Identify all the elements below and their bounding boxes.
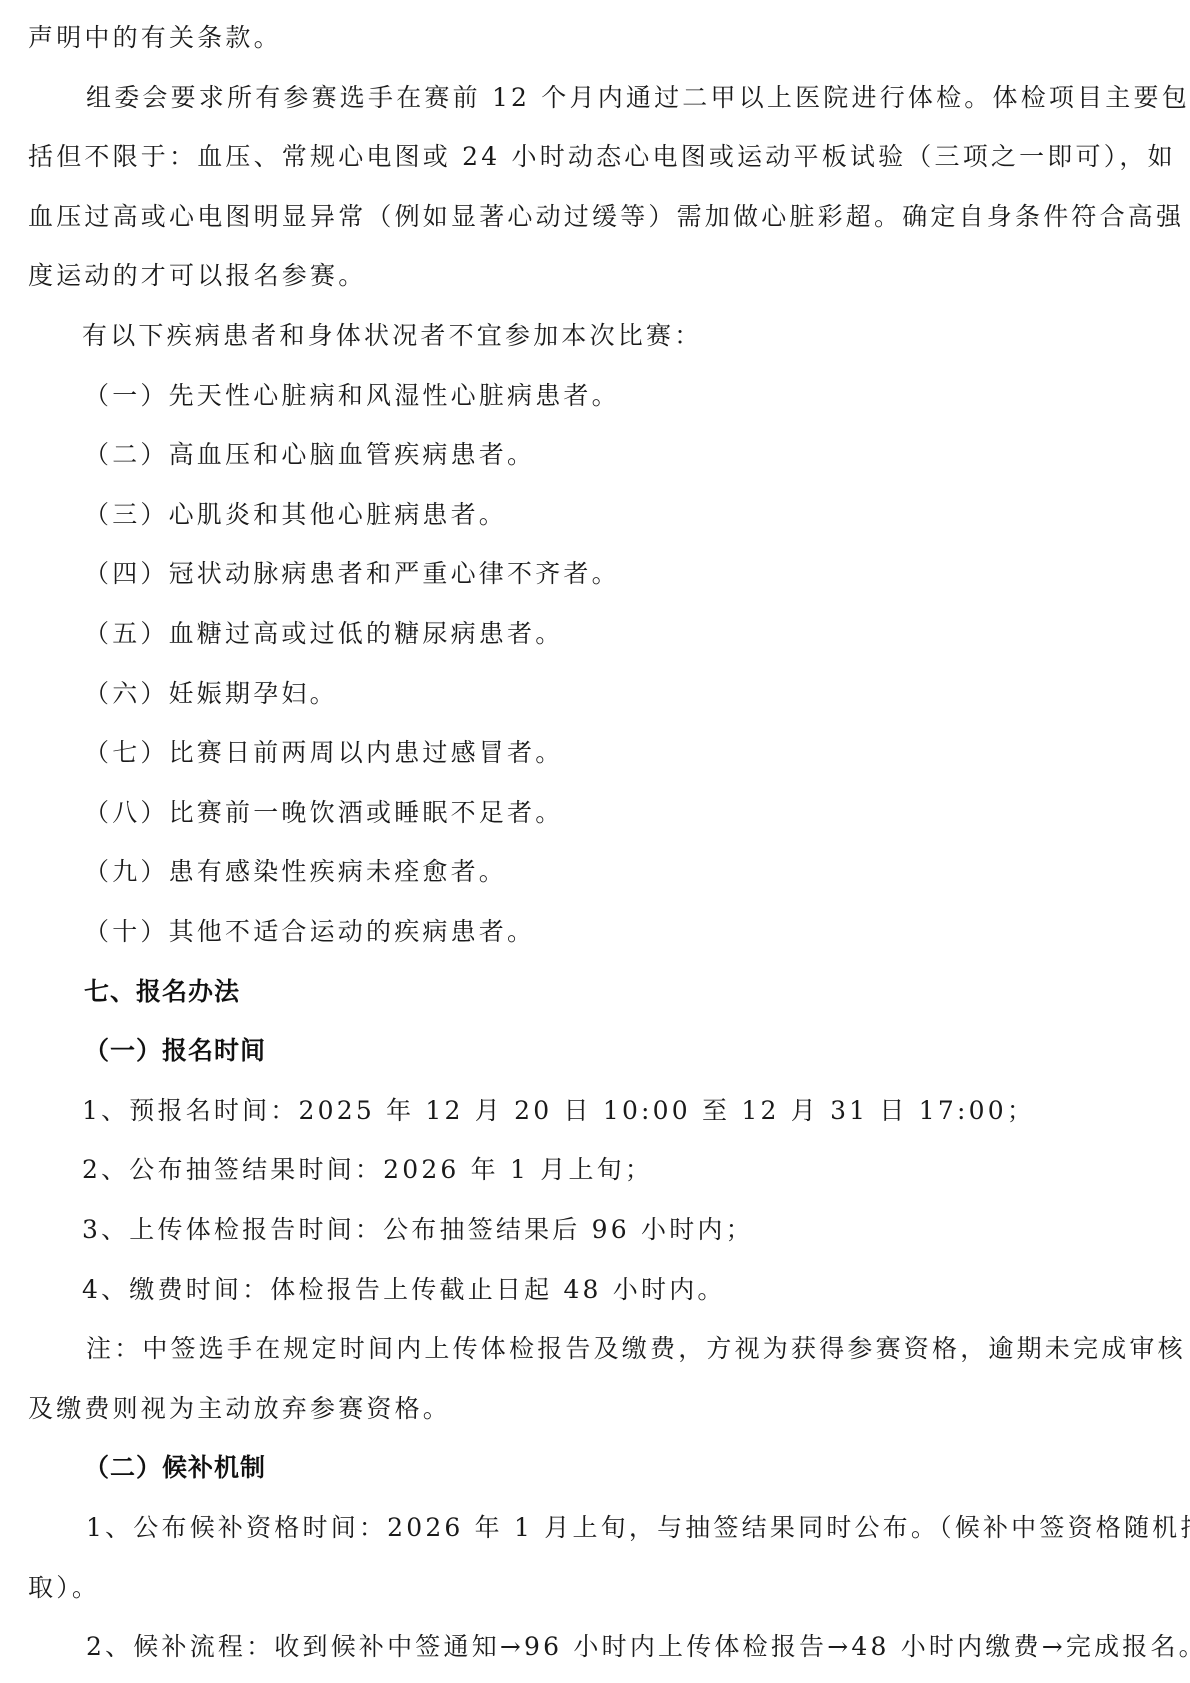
paragraph-line: 有以下疾病患者和身体状况者不宜参加本次比赛： xyxy=(82,306,702,366)
list-item: （二）高血压和心脑血管疾病患者。 xyxy=(84,425,535,485)
list-item: （四）冠状动脉病患者和严重心律不齐者。 xyxy=(84,544,620,604)
paragraph-line: 括但不限于：血压、常规心电图或 24 小时动态心电图或运动平板试验（三项之一即可… xyxy=(28,127,1162,187)
paragraph-line: 度运动的才可以报名参赛。 xyxy=(28,246,366,306)
list-item: （五）血糖过高或过低的糖尿病患者。 xyxy=(84,604,563,664)
paragraph-line: 1、预报名时间：2025 年 12 月 20 日 10:00 至 12 月 31… xyxy=(82,1081,1035,1141)
paragraph-line: 2、候补流程：收到候补中签通知→96 小时内上传体检报告→48 小时内缴费→完成… xyxy=(86,1617,1162,1677)
paragraph-line: 声明中的有关条款。 xyxy=(28,8,282,68)
list-item: （十）其他不适合运动的疾病患者。 xyxy=(84,902,535,962)
paragraph-line: 取）。 xyxy=(28,1558,100,1618)
paragraph-line: 1、公布候补资格时间：2026 年 1 月上旬，与抽签结果同时公布。（候补中签资… xyxy=(86,1498,1162,1558)
section-heading: 七、报名办法 xyxy=(84,962,240,1022)
list-item: （七）比赛日前两周以内患过感冒者。 xyxy=(84,723,563,783)
list-item: （八）比赛前一晚饮酒或睡眠不足者。 xyxy=(84,783,563,843)
paragraph-line: 血压过高或心电图明显异常（例如显著心动过缓等）需加做心脏彩超。确定自身条件符合高… xyxy=(28,187,1162,247)
paragraph-line: 组委会要求所有参赛选手在赛前 12 个月内通过二甲以上医院进行体检。体检项目主要… xyxy=(86,68,1162,128)
paragraph-line: 2、公布抽签结果时间：2026 年 1 月上旬； xyxy=(82,1140,653,1200)
note-line: 注：中签选手在规定时间内上传体检报告及缴费，方视为获得参赛资格，逾期未完成审核 xyxy=(86,1319,1162,1379)
subsection-heading: （二）候补机制 xyxy=(84,1438,266,1498)
list-item: （九）患有感染性疾病未痊愈者。 xyxy=(84,842,507,902)
list-item: （一）先天性心脏病和风湿性心脏病患者。 xyxy=(84,366,620,426)
list-item: （六）妊娠期孕妇。 xyxy=(84,664,338,724)
paragraph-line: 4、缴费时间：体检报告上传截止日起 48 小时内。 xyxy=(82,1260,726,1320)
subsection-heading: （一）报名时间 xyxy=(84,1021,266,1081)
note-line: 及缴费则视为主动放弃参赛资格。 xyxy=(28,1379,451,1439)
paragraph-line: 3、上传体检报告时间：公布抽签结果后 96 小时内； xyxy=(82,1200,754,1260)
list-item: （三）心肌炎和其他心脏病患者。 xyxy=(84,485,507,545)
